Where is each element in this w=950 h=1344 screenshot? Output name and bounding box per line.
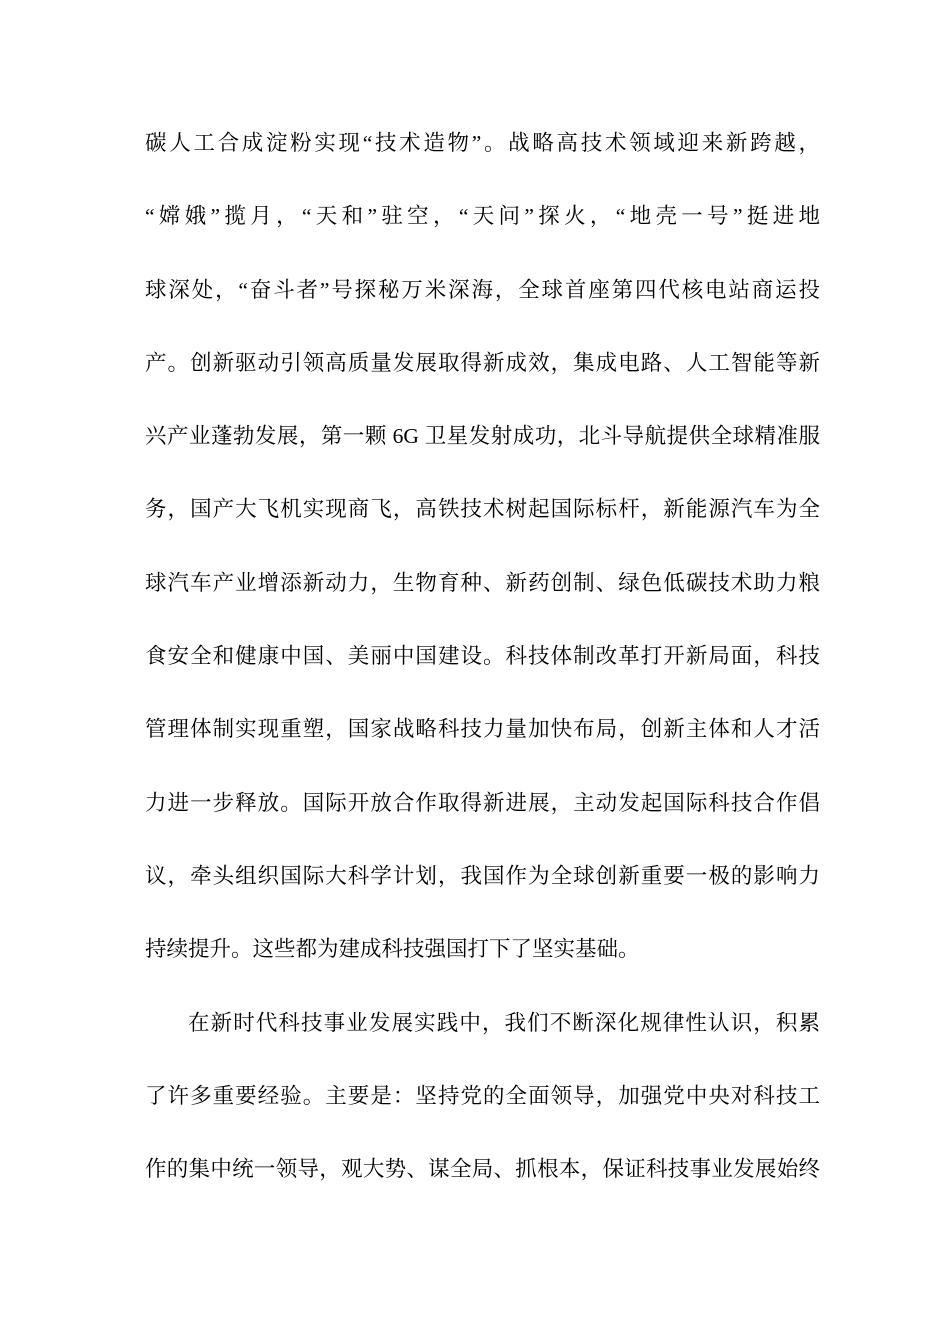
text-body: 碳人工合成淀粉实现“技术造物”。战略高技术领域迎来新跨越，“嫦娥”揽月，“天和”… [145,107,820,1206]
text-line: 持续提升。这些都为建成科技强国打下了坚实基础。 [145,913,820,986]
text-line: 议，牵头组织国际大科学计划，我国作为全球创新重要一极的影响力 [145,840,820,913]
text-line: 力进一步释放。国际开放合作取得新进展，主动发起国际科技合作倡 [145,767,820,840]
text-line: 食安全和健康中国、美丽中国建设。科技体制改革打开新局面，科技 [145,620,820,693]
document-page: 碳人工合成淀粉实现“技术造物”。战略高技术领域迎来新跨越，“嫦娥”揽月，“天和”… [0,0,950,1344]
text-line: “嫦娥”揽月，“天和”驻空，“天问”探火，“地壳一号”挺进地 [145,180,820,253]
text-line: 兴产业蓬勃发展，第一颗 6G 卫星发射成功，北斗导航提供全球精准服 [145,400,820,473]
text-line: 务，国产大飞机实现商飞，高铁技术树起国际标杆，新能源汽车为全 [145,473,820,546]
text-line: 球深处，“奋斗者”号探秘万米深海，全球首座第四代核电站商运投 [145,254,820,327]
text-line: 碳人工合成淀粉实现“技术造物”。战略高技术领域迎来新跨越， [145,107,820,180]
text-line: 产。创新驱动引领高质量发展取得新成效，集成电路、人工智能等新 [145,327,820,400]
text-line: 球汽车产业增添新动力，生物育种、新药创制、绿色低碳技术助力粮 [145,547,820,620]
text-line: 管理体制实现重塑，国家战略科技力量加快布局，创新主体和人才活 [145,693,820,766]
text-line: 了许多重要经验。主要是：坚持党的全面领导，加强党中央对科技工 [145,1060,820,1133]
text-line: 作的集中统一领导，观大势、谋全局、抓根本，保证科技事业发展始终 [145,1133,820,1206]
text-line: 在新时代科技事业发展实践中，我们不断深化规律性认识，积累 [145,987,820,1060]
